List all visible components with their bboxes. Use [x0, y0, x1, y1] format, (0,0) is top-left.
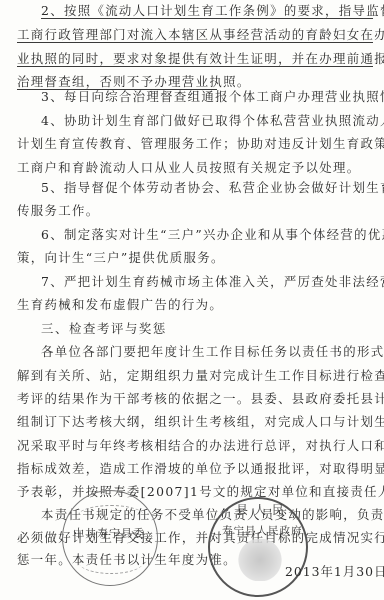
item6-line-1: 6、制定落实对计生“三户”兴办企业和从事个体经营的优惠政 [41, 225, 373, 244]
section3-para1-line-1: 各单位各部门要把年度计生工作目标任务以责任书的形式层层分 [41, 342, 373, 361]
government-seal: 县人民 寿宁县人民政府 [208, 497, 308, 597]
seal-right-text: 寿宁县人民政府 [222, 523, 303, 538]
item4-line-1: 4、协助计划生育部门做好已取得个体私营营业执照流动人口的 [41, 111, 373, 130]
item7-line-1: 7、严把计划生育药械市场主体准入关，严厉查处非法经营计划 [41, 272, 373, 291]
item3-line-1: 3、每日向综合治理督查组通报个体工商户办理营业执照情况。 [41, 87, 373, 106]
document-date: 2013年1月30日 [285, 562, 384, 580]
item4-line-2: 计划生育宣传教育、管理服务工作；协助对违反计划生育政策的个体 [17, 134, 373, 153]
item7-line-2: 生育药械和发布虚假广告的行为。 [17, 295, 373, 314]
section3-para1-line-5: 况采取平时与年终考核相结合的办法进行总评，对执行人口和计划生育 [17, 436, 373, 455]
item2-line-1: 2、按照《流动人口计划生育工作条例》的要求，指导监督基层 [41, 1, 373, 20]
seal-rays-bottom [79, 551, 143, 574]
national-emblem-icon [238, 539, 282, 581]
seal-right-arc-text: 县人民 [236, 501, 290, 518]
item4-line-3: 工商户和育龄流动人口从业人员按照有关规定予以处理。 [17, 158, 373, 177]
section3-para1-line-3: 考评的结果作为干部考核的依据之一。县委、县政府委托县计生领导小 [17, 389, 373, 408]
document-page: 2、按照《流动人口计划生育工作条例》的要求，指导监督基层 工商行政管理部门对流入… [0, 0, 384, 600]
item2-line-3: 业执照的同时，要求对象提供有效计生证明，并在办理前通报给综合 [17, 49, 373, 68]
party-committee-seal: 中共寿宁县委 [62, 490, 158, 586]
item5-line-2: 传服务工作。 [17, 201, 373, 220]
section3-para1-line-2: 解到有关所、站，定期组织力量对完成计生工作目标进行检查评比，把 [17, 366, 373, 385]
seal-left-text: 中共寿宁县委 [73, 525, 145, 541]
section3-para1-line-4: 组制订下达考核大纲，组织计生考核组，对完成人口与计划生育工作情 [17, 412, 373, 431]
item2-line-2: 工商行政管理部门对流入本辖区从事经营活动的育龄妇女在办理营 [17, 25, 373, 44]
section3-para1-line-7: 予表彰，并按照寿委[2007]1号文的规定对单位和直接责任人兑现奖惩。 [17, 482, 373, 501]
item5-line-1: 5、指导督促个体劳动者协会、私营企业协会做好计划生育的宣 [41, 178, 373, 197]
section3-para1-line-6: 指标成效差，造成工作滑坡的单位予以通报批评，对取得明显成效的给 [17, 459, 373, 478]
item6-line-2: 策，向计生“三户”提供优质服务。 [17, 248, 373, 267]
section3-heading: 三、检查考评与奖惩 [41, 319, 373, 338]
